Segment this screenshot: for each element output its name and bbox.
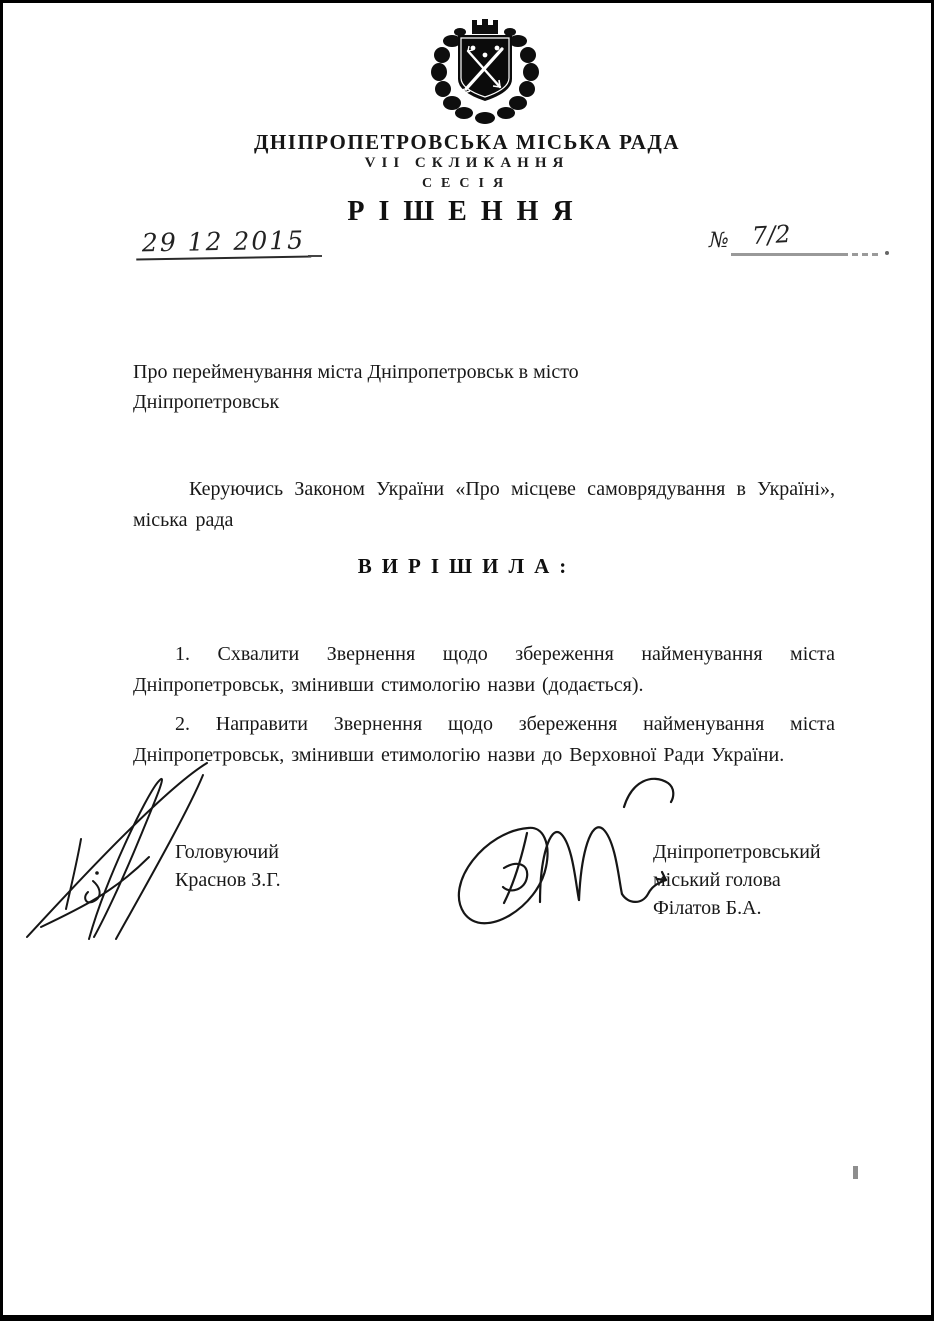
resolution-item-2: 2. Направити Звернення щодо збереження н… — [133, 709, 835, 771]
number-sign: № — [709, 228, 729, 252]
signer-title-line1: Дніпропетровський — [653, 838, 821, 866]
resolved-heading: ВИРІШИЛА: — [3, 554, 931, 579]
document-subject: Про перейменування міста Дніпропетровськ… — [133, 357, 633, 417]
document-type-title: РІШЕННЯ — [3, 196, 931, 228]
convocation-line: VII СКЛИКАННЯ — [3, 155, 931, 172]
signer-name: Філатов Б.А. — [653, 894, 821, 922]
scanned-document-page: ДНІПРОПЕТРОВСЬКА МІСЬКА РАДА VII СКЛИКАН… — [0, 0, 934, 1321]
coat-of-arms-icon — [426, 17, 544, 129]
scan-artifact-speck — [853, 1166, 858, 1179]
resolution-item-1: 1. Схвалити Звернення щодо збереження на… — [133, 639, 835, 701]
document-date-field: 29 12 2015 — [136, 225, 312, 260]
signature-filatov-icon — [428, 771, 678, 956]
signer-title: Головуючий — [175, 838, 281, 866]
number-underline-dashes — [852, 253, 878, 256]
signer-name: Краснов З.Г. — [175, 866, 281, 894]
handwritten-date: 29 12 2015 — [142, 226, 306, 258]
preamble-paragraph: Керуючись Законом України «Про місцеве с… — [133, 474, 835, 536]
number-trailing-dot — [885, 251, 889, 255]
item-number: 2. — [175, 713, 190, 735]
item-text: Направити Звернення щодо збереження найм… — [133, 713, 835, 766]
session-line: СЕСІЯ — [3, 176, 931, 192]
date-underline-dash — [308, 255, 322, 257]
signature-block-left: Головуючий Краснов З.Г. — [175, 838, 281, 894]
signature-block-right: Дніпропетровський міський голова Філатов… — [653, 838, 821, 922]
item-number: 1. — [175, 643, 190, 665]
item-text: Схвалити Звернення щодо збереження найме… — [133, 643, 835, 696]
signer-title-line2: міський голова — [653, 866, 821, 894]
organization-title: ДНІПРОПЕТРОВСЬКА МІСЬКА РАДА — [3, 130, 931, 155]
number-underline — [731, 253, 848, 256]
resolution-items: 1. Схвалити Звернення щодо збереження на… — [133, 639, 835, 779]
handwritten-number: 7/2 — [751, 220, 791, 250]
